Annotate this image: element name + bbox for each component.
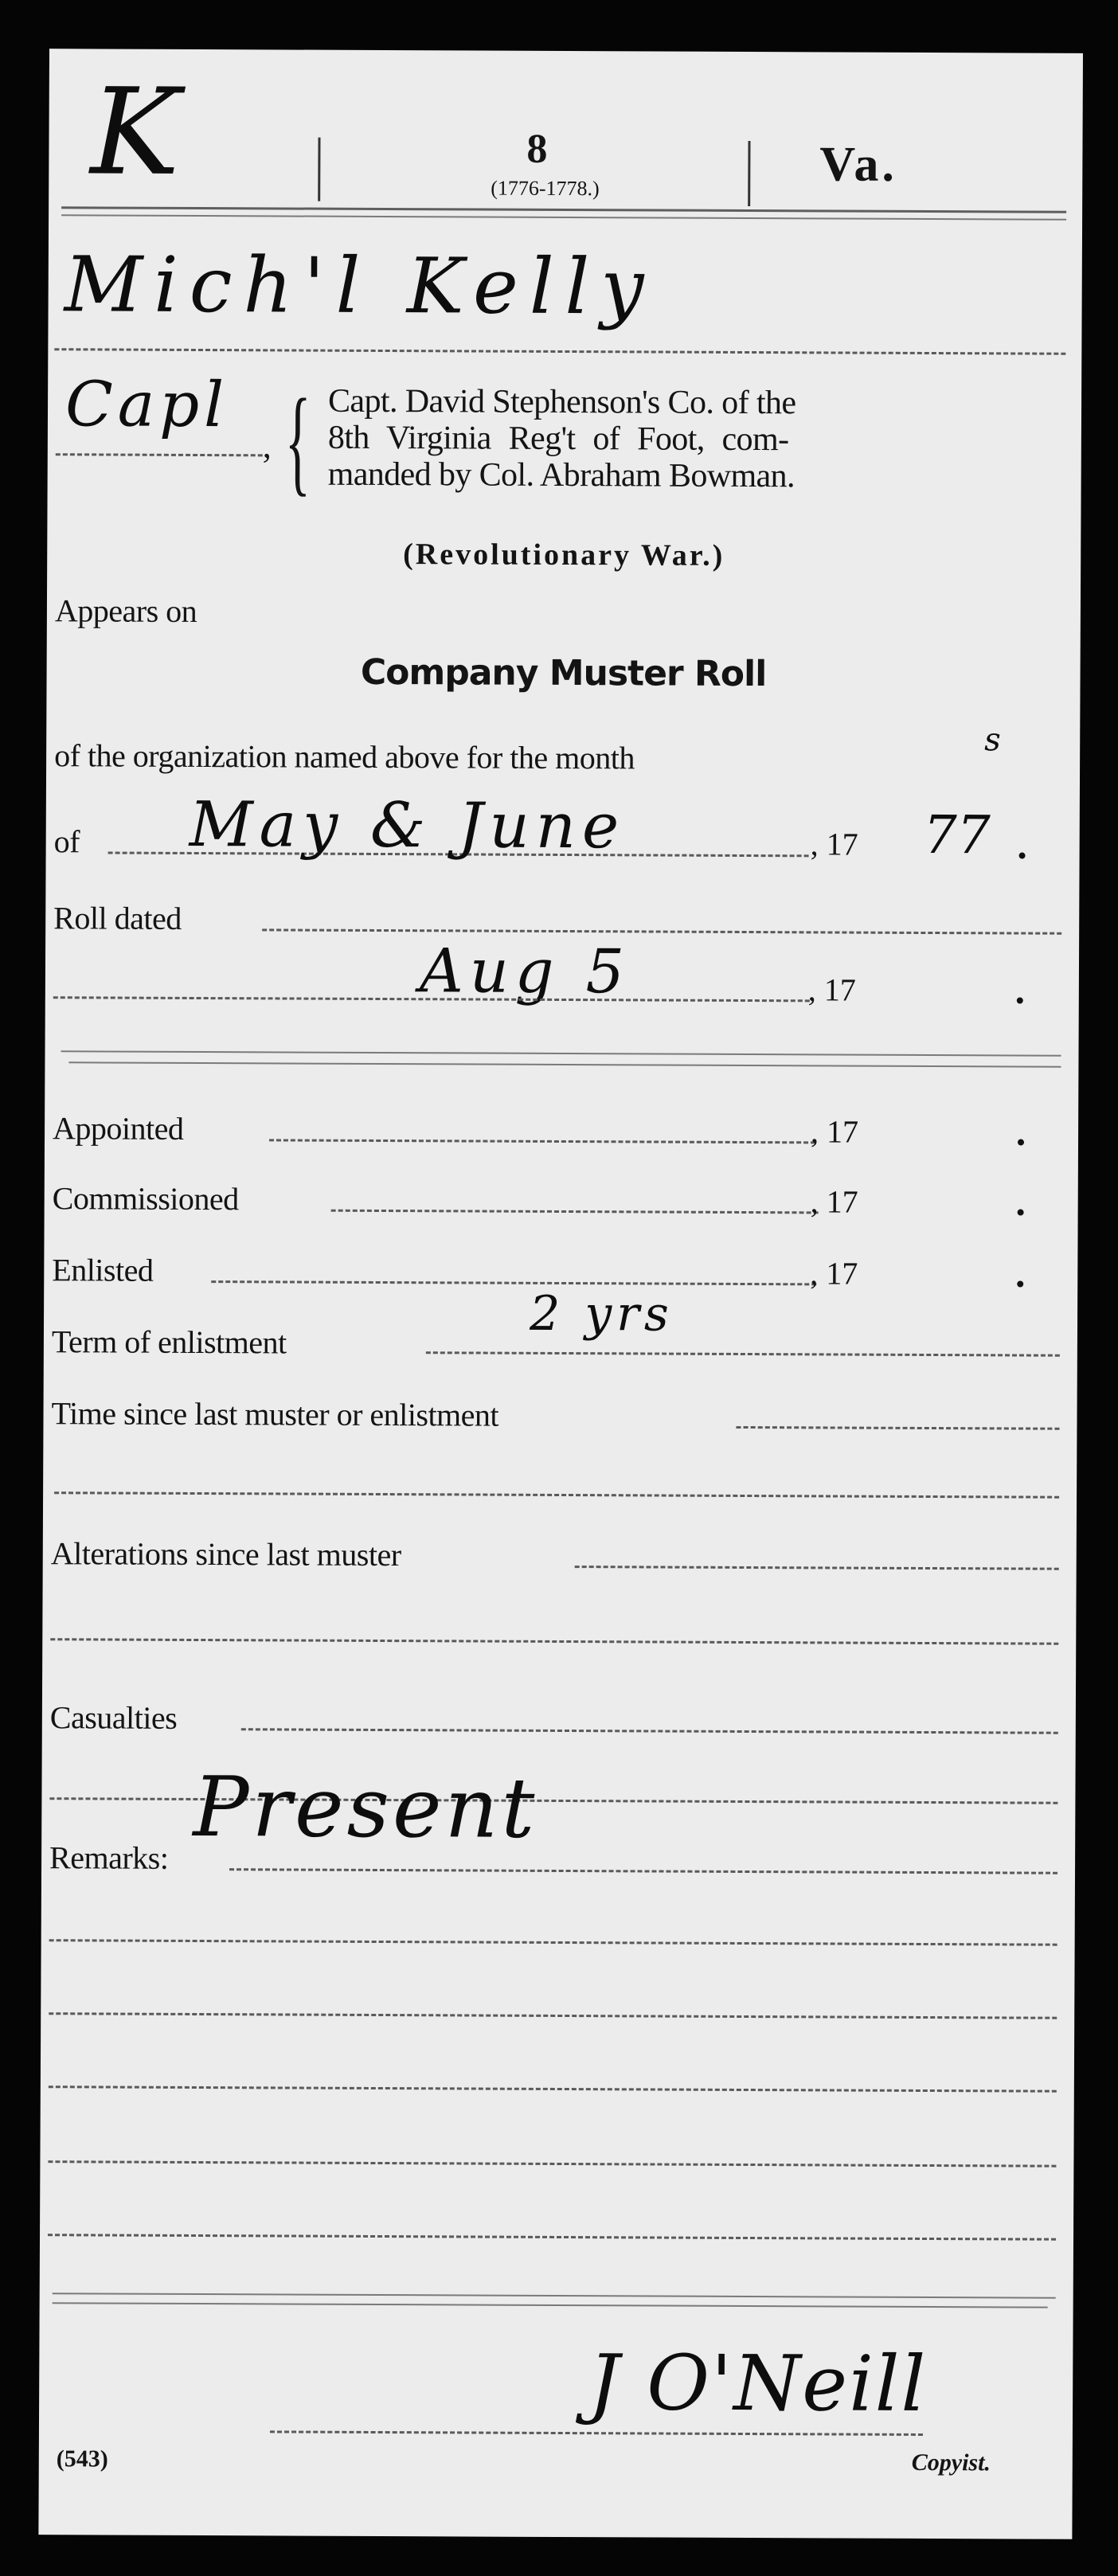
- commissioned-year-prefix: , 17: [811, 1186, 858, 1218]
- soldier-rank: Capl: [65, 373, 229, 436]
- remarks-label: Remarks:: [49, 1842, 168, 1874]
- remarks-line-2[interactable]: [49, 1939, 1057, 1946]
- time-since-label: Time since last muster or enlistment: [51, 1397, 498, 1431]
- section-rule-bottom: [68, 1061, 1061, 1067]
- casualties-line-1: [241, 1728, 1058, 1734]
- roll-dated-end-dot: [1017, 997, 1023, 1003]
- muster-card: K 8 (1776-1778.) Va. Mich'l Kelly Capl ,…: [38, 49, 1083, 2539]
- header-divider-left: [318, 138, 320, 201]
- casualties-label: Casualties: [50, 1702, 178, 1734]
- index-initial: K: [90, 72, 180, 192]
- month-end-dot: [1019, 852, 1026, 858]
- term-label: Term of enlistment: [52, 1326, 287, 1358]
- war-heading: (Revolutionary War.): [47, 537, 1081, 573]
- month-year-suffix[interactable]: 77: [924, 809, 991, 862]
- enlisted-label: Enlisted: [52, 1254, 153, 1287]
- commissioned-line: [331, 1210, 819, 1214]
- month-value[interactable]: May & June: [190, 794, 626, 858]
- month-prefix: of: [54, 826, 80, 858]
- alterations-line-1: [575, 1566, 1059, 1570]
- roll-dated-value[interactable]: Aug 5: [420, 940, 631, 1002]
- appointed-year-prefix: , 17: [811, 1116, 858, 1147]
- name-line: [54, 348, 1065, 355]
- enlisted-line: [211, 1280, 816, 1285]
- enlisted-end-dot: [1017, 1280, 1023, 1287]
- time-since-line-1: [736, 1426, 1059, 1430]
- copyist-label: Copyist.: [912, 2451, 991, 2475]
- term-value[interactable]: 2 yrs: [530, 1290, 674, 1339]
- unit-brace: {: [285, 381, 311, 500]
- appointed-line: [269, 1139, 815, 1143]
- appears-on: Appears on: [55, 595, 197, 627]
- alterations-line-2[interactable]: [50, 1638, 1058, 1645]
- roll-type-title: Company Muster Roll: [46, 654, 1080, 694]
- roll-dated-year-prefix: , 17: [808, 974, 856, 1006]
- signature-rule-bottom: [53, 2302, 1048, 2308]
- commissioned-label: Commissioned: [53, 1182, 239, 1215]
- remarks-value[interactable]: Present: [193, 1765, 537, 1850]
- unit-line-2: 8th Virginia Reg't of Foot, com-: [328, 421, 789, 457]
- rank-comma: ,: [263, 428, 272, 463]
- rank-line: [56, 453, 263, 456]
- appointed-end-dot: [1018, 1139, 1024, 1145]
- remarks-line-1: [229, 1868, 1057, 1874]
- organization-mark: s: [984, 721, 1001, 758]
- section-rule-top: [61, 1050, 1061, 1056]
- appointed-label: Appointed: [53, 1112, 184, 1145]
- alterations-label: Alterations since last muster: [51, 1538, 401, 1571]
- enlisted-year-prefix: , 17: [810, 1257, 858, 1289]
- state-abbrev: Va.: [819, 139, 897, 189]
- soldier-name: Mich'l Kelly: [64, 246, 655, 325]
- roll-dated-line-1: [262, 928, 1061, 934]
- signature-rule-top: [53, 2293, 1056, 2298]
- form-number: (543): [57, 2447, 108, 2471]
- header-rule-top: [61, 206, 1066, 213]
- remarks-line-4[interactable]: [49, 2085, 1057, 2093]
- unit-line-3: manded by Col. Abraham Bowman.: [328, 458, 795, 494]
- roll-dated-label: Roll dated: [53, 902, 182, 935]
- organization-text: of the organization named above for the …: [54, 740, 635, 774]
- unit-line-1: Capt. David Stephenson's Co. of the: [328, 385, 796, 420]
- header-rule-bottom: [61, 214, 1066, 221]
- term-line: [426, 1351, 1060, 1356]
- commissioned-end-dot: [1018, 1209, 1024, 1215]
- header-divider-right: [748, 141, 750, 206]
- years-range: (1776-1778.): [491, 178, 600, 200]
- signature-line: [270, 2430, 923, 2436]
- regiment-number: 8: [526, 129, 547, 170]
- remarks-line-6[interactable]: [48, 2234, 1056, 2241]
- time-since-line-2[interactable]: [54, 1491, 1059, 1499]
- remarks-line-5[interactable]: [48, 2160, 1056, 2168]
- month-year-prefix: , 17: [811, 828, 858, 860]
- remarks-line-3[interactable]: [49, 2012, 1057, 2019]
- copyist-signature: J O'Neill: [588, 2344, 927, 2422]
